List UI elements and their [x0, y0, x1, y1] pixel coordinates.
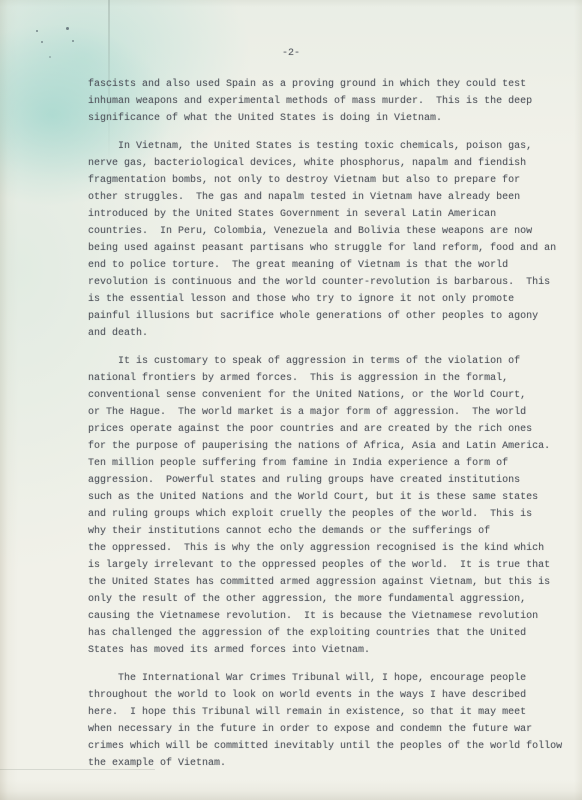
paragraph: The International War Crimes Tribunal wi… — [88, 670, 568, 772]
text-line: here. I hope this Tribunal will remain i… — [88, 704, 568, 721]
text-line: or The Hague. The world market is a majo… — [88, 404, 568, 421]
text-line: The International War Crimes Tribunal wi… — [88, 670, 568, 687]
document-body: fascists and also used Spain as a provin… — [88, 76, 568, 783]
text-line: aggression. Powerful states and ruling g… — [88, 472, 568, 489]
text-line: prices operate against the poor countrie… — [88, 421, 568, 438]
text-line: the United States has committed armed ag… — [88, 574, 568, 591]
text-line: fragmentation bombs, not only to destroy… — [88, 172, 568, 189]
text-line: national frontiers by armed forces. This… — [88, 370, 568, 387]
text-line: It is customary to speak of aggression i… — [88, 353, 568, 370]
ink-speck — [36, 30, 38, 32]
text-line: fascists and also used Spain as a provin… — [88, 76, 568, 93]
text-line: why their institutions cannot echo the d… — [88, 523, 568, 540]
ink-speck — [72, 40, 74, 42]
text-line: In Vietnam, the United States is testing… — [88, 138, 568, 155]
text-line: countries. In Peru, Colombia, Venezuela … — [88, 223, 568, 240]
text-line: has challenged the aggression of the exp… — [88, 625, 568, 642]
text-line: and death. — [88, 325, 568, 342]
text-line: for the purpose of pauperising the natio… — [88, 438, 568, 455]
text-line: inhuman weapons and experimental methods… — [88, 93, 568, 110]
ink-speck — [66, 27, 69, 30]
paragraph: In Vietnam, the United States is testing… — [88, 138, 568, 342]
text-line: the oppressed. This is why the only aggr… — [88, 540, 568, 557]
text-line: end to police torture. The great meaning… — [88, 257, 568, 274]
text-line: such as the United Nations and the World… — [88, 489, 568, 506]
text-line: crimes which will be committed inevitabl… — [88, 738, 568, 755]
text-line: is largely irrelevant to the oppressed p… — [88, 557, 568, 574]
text-line: causing the Vietnamese revolution. It is… — [88, 608, 568, 625]
text-line: being used against peasant partisans who… — [88, 240, 568, 257]
text-line: conventional sense convenient for the Un… — [88, 387, 568, 404]
text-line: States has moved its armed forces into V… — [88, 642, 568, 659]
text-line: Ten million people suffering from famine… — [88, 455, 568, 472]
text-line: painful illusions but sacrifice whole ge… — [88, 308, 568, 325]
text-line: nerve gas, bacteriological devices, whit… — [88, 155, 568, 172]
text-line: is the essential lesson and those who tr… — [88, 291, 568, 308]
text-line: and ruling groups which exploit cruelly … — [88, 506, 568, 523]
paragraph: It is customary to speak of aggression i… — [88, 353, 568, 659]
text-line: revolution is continuous and the world c… — [88, 274, 568, 291]
text-line: other struggles. The gas and napalm test… — [88, 189, 568, 206]
text-line: throughout the world to look on world ev… — [88, 687, 568, 704]
ink-speck — [41, 41, 43, 43]
text-line: when necessary in the future in order to… — [88, 721, 568, 738]
text-line: introduced by the United States Governme… — [88, 206, 568, 223]
document-page: -2- fascists and also used Spain as a pr… — [0, 0, 582, 800]
page-number: -2- — [0, 45, 582, 62]
text-line: significance of what the United States i… — [88, 110, 568, 127]
text-line: only the result of the other aggression,… — [88, 591, 568, 608]
paragraph: fascists and also used Spain as a provin… — [88, 76, 568, 127]
text-line: the example of Vietnam. — [88, 755, 568, 772]
